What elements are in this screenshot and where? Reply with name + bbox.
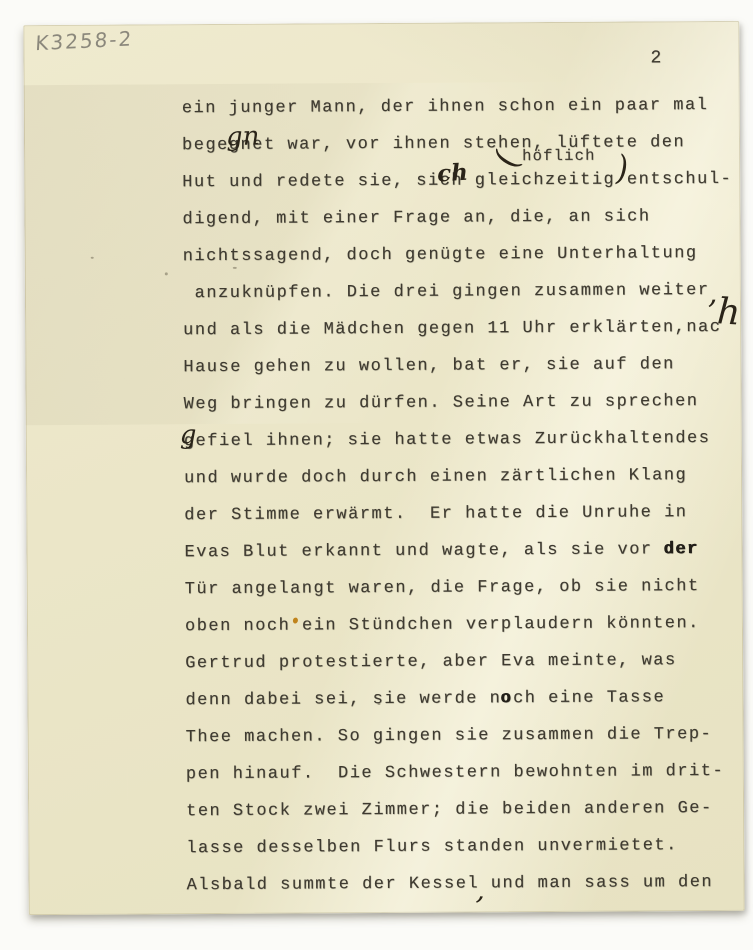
typed-line: digend, mit einer Frage an, die, an sich [182, 198, 738, 238]
typed-line: oben noch ein Stündchen verplaudern könn… [185, 605, 741, 645]
typed-line: pen hinauf. Die Schwestern bewohnten im … [186, 753, 742, 793]
typed-line: Evas Blut erkannt und wagte, als sie vor… [184, 531, 740, 571]
document-page: K3258-2 2 ein junger Mann, der ihnen sch… [23, 21, 744, 915]
typed-line: Tür angelangt waren, die Frage, ob sie n… [185, 568, 741, 608]
scan-background: K3258-2 2 ein junger Mann, der ihnen sch… [0, 0, 753, 950]
typed-line: Alsbald summte der Kessel und man sass u… [186, 864, 742, 904]
typed-line: Hause gehen zu wollen, bat er, sie auf d… [183, 346, 739, 386]
typed-line: Gertrud protestierte, aber Eva meinte, w… [185, 642, 741, 682]
page-number: 2 [650, 47, 661, 69]
inserted-word-hoeflich: höflich [522, 147, 596, 165]
typed-line: nichtssagend, doch genügte eine Unterhal… [183, 235, 739, 275]
typed-line: begegnet war, vor ihnen stehen, lüftete … [182, 124, 738, 164]
typed-line: ten Stock zwei Zimmer; die beiden andere… [186, 790, 742, 830]
typed-line: und als die Mädchen gegen 11 Uhr erklärt… [183, 309, 739, 349]
typed-line: Weg bringen zu dürfen. Seine Art zu spre… [183, 383, 739, 423]
typed-line: anzuknüpfen. Die drei gingen zusammen we… [183, 272, 739, 312]
typed-line: der Stimme erwärmt. Er hatte die Unruhe … [184, 494, 740, 534]
paper-speck [165, 272, 168, 275]
typed-line: und wurde doch durch einen zärtlichen Kl… [184, 457, 740, 497]
typed-line: lasse desselben Flurs standen unvermiete… [186, 827, 742, 867]
typed-line: denn dabei sei, sie werde noch eine Tass… [185, 679, 741, 719]
typed-line: gefiel ihnen; sie hatte etwas Zurückhalt… [184, 420, 740, 460]
typed-text-block: ein junger Mann, der ihnen schon ein paa… [182, 87, 743, 904]
archival-number-pencil-note: K3258-2 [35, 26, 134, 55]
typed-line: ein junger Mann, der ihnen schon ein paa… [182, 87, 738, 127]
typed-line: Hut und redete sie, sich gleichzeitig en… [182, 161, 738, 201]
paper-speck [91, 257, 94, 259]
typed-line: Thee machen. So gingen sie zusammen die … [186, 716, 742, 756]
